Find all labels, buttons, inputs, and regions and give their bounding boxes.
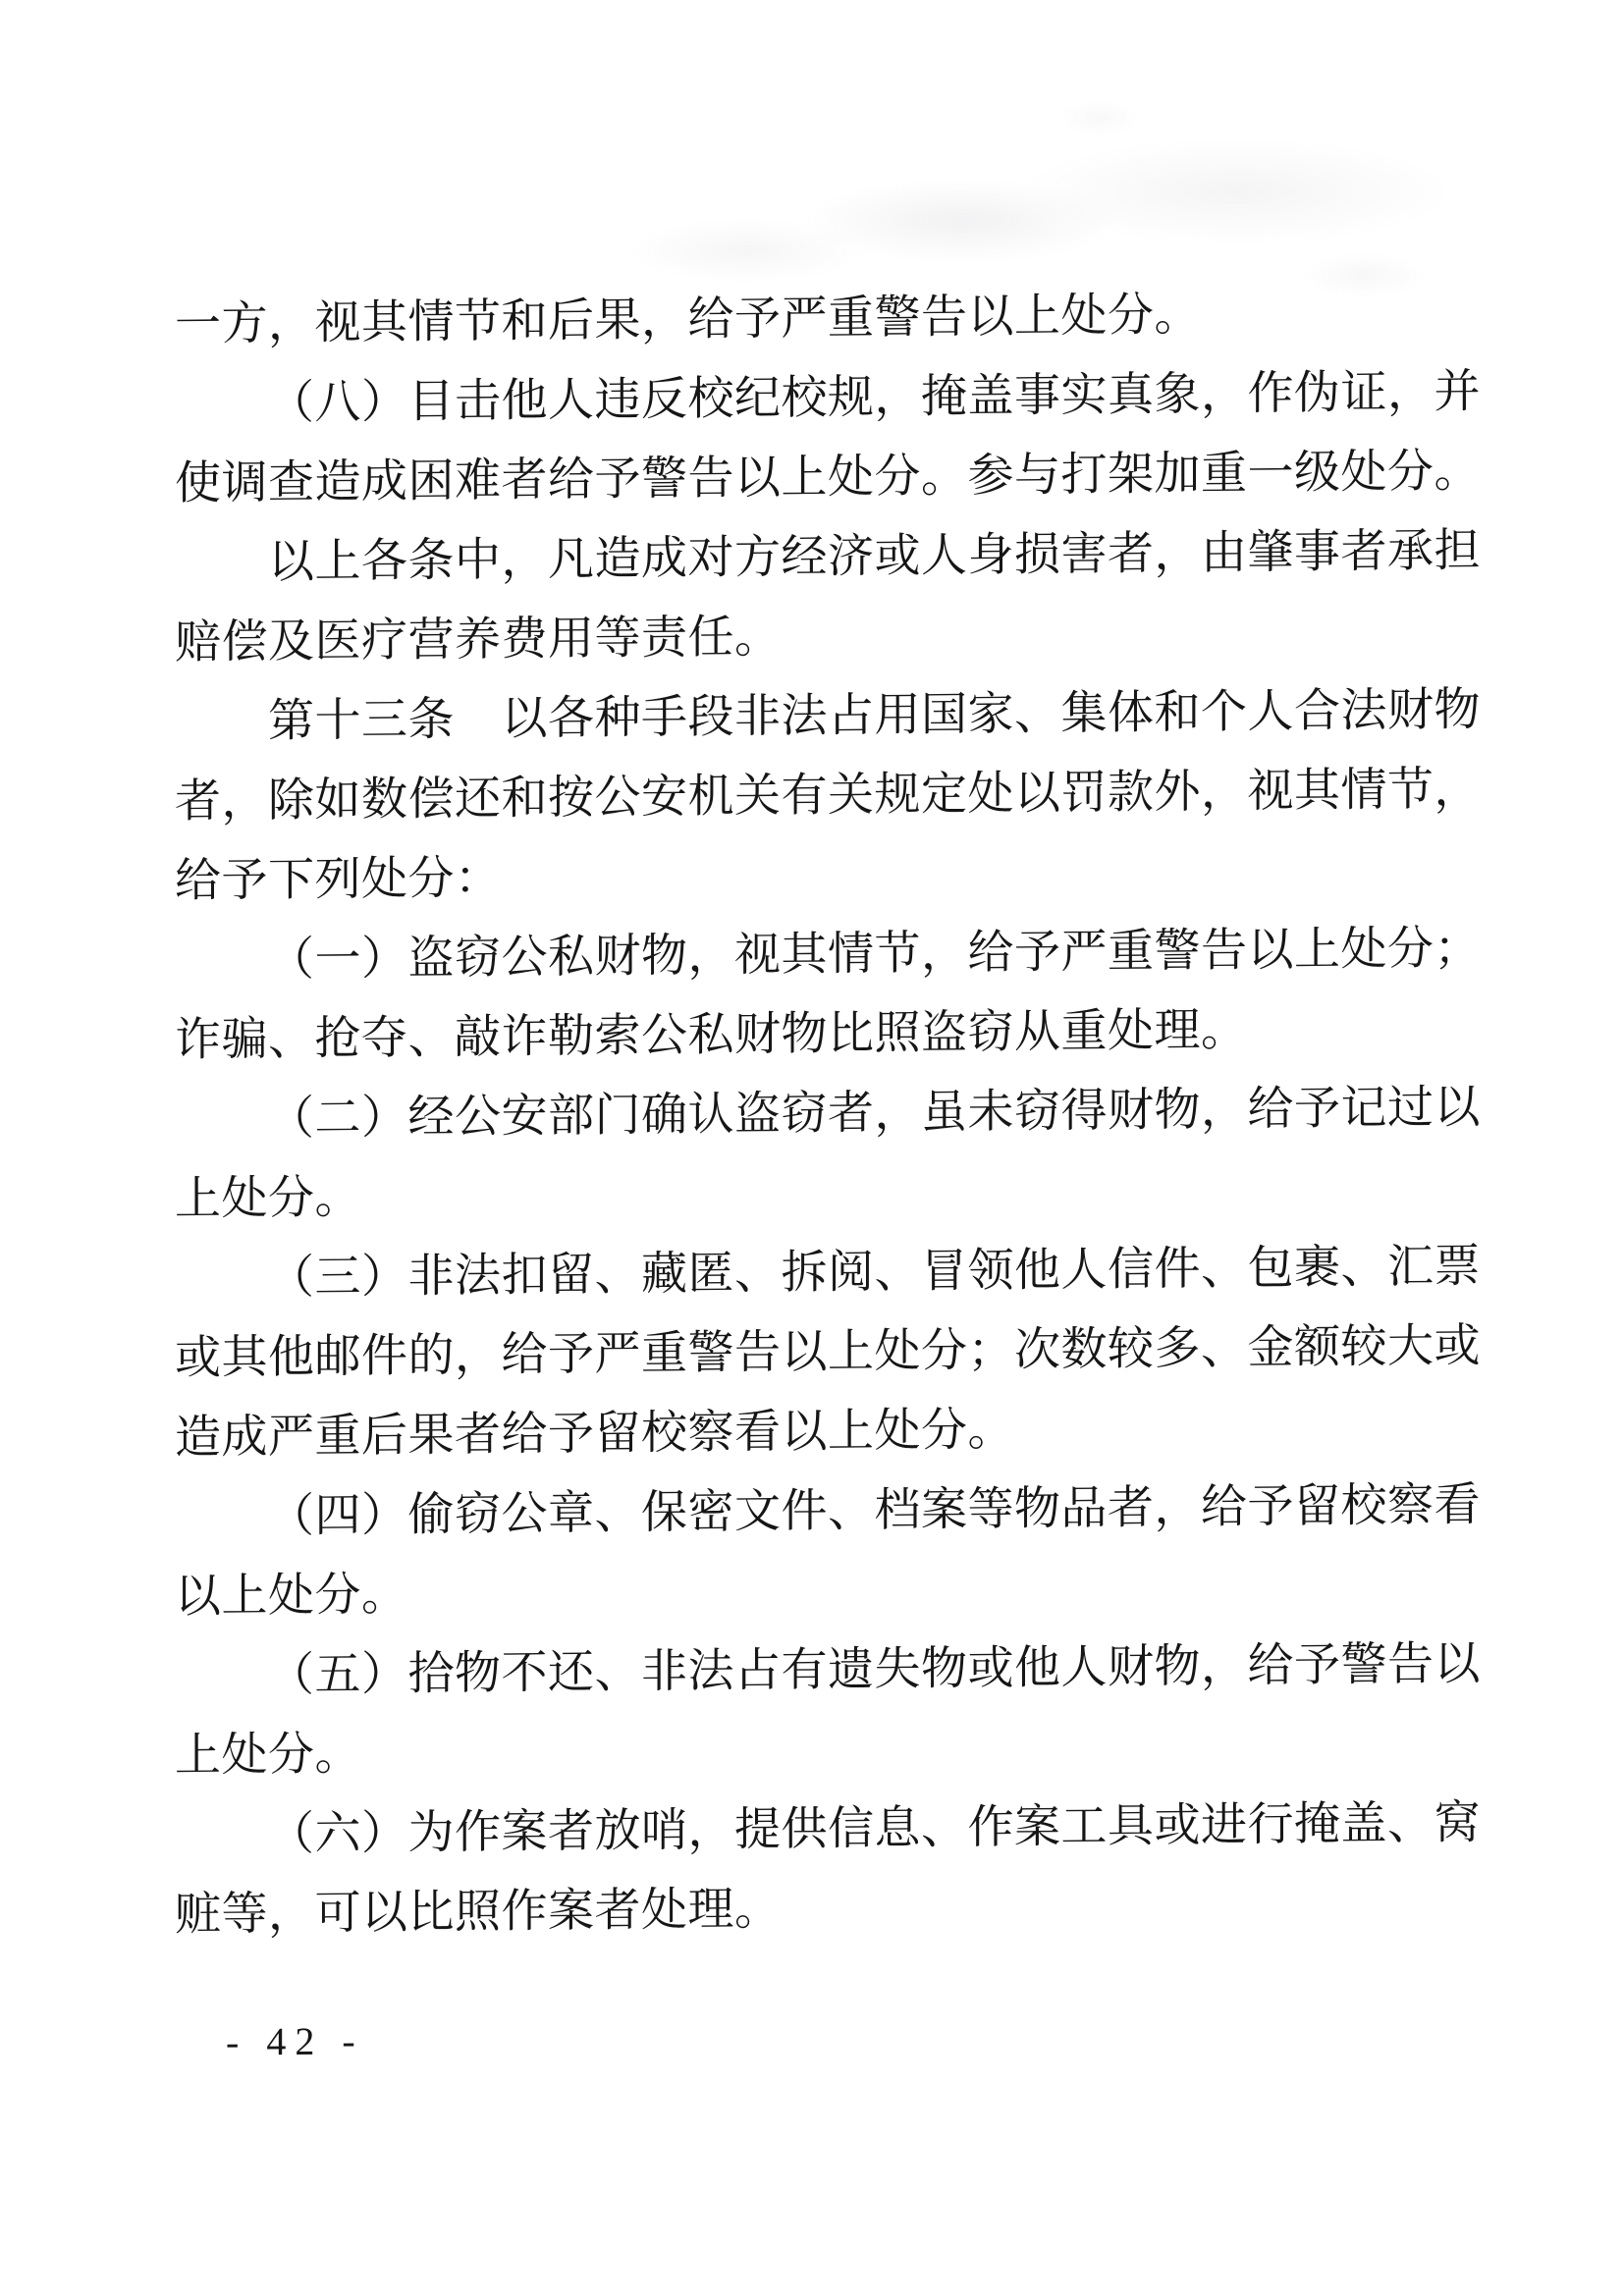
text-line: （五）拾物不还、非法占有遗失物或他人财物，给予警告以 xyxy=(175,1625,1473,1717)
text-line: 诈骗、抢夺、敲诈勒索公私财物比照盗窃从重处理。 xyxy=(175,988,1473,1081)
document-body: 一方，视其情节和后果，给予严重警告以上处分。（八）目击他人违反校纪校规，掩盖事实… xyxy=(175,273,1473,1955)
text-line: 以上处分。 xyxy=(175,1545,1473,1637)
text-line: 赔偿及医疗营养费用等责任。 xyxy=(175,591,1473,683)
text-line: 以上各条中，凡造成对方经济或人身损害者，由肇事者承担 xyxy=(175,511,1473,604)
document-page: 一方，视其情节和后果，给予严重警告以上处分。（八）目击他人违反校纪校规，掩盖事实… xyxy=(0,0,1623,2296)
text-line: 上处分。 xyxy=(175,1148,1473,1240)
text-line: 上处分。 xyxy=(175,1704,1473,1796)
text-line: 或其他邮件的，给予严重警告以上处分；次数较多、金额较大或 xyxy=(175,1307,1473,1399)
text-line: 给予下列处分： xyxy=(175,829,1473,922)
text-line: 造成严重后果者给予留校察看以上处分。 xyxy=(175,1386,1473,1478)
page-number: - 42 - xyxy=(226,2017,364,2064)
text-line: （三）非法扣留、藏匿、拆阅、冒领他人信件、包裹、汇票 xyxy=(175,1227,1473,1319)
text-line: 一方，视其情节和后果，给予严重警告以上处分。 xyxy=(175,273,1473,365)
text-line: （八）目击他人违反校纪校规，掩盖事实真象，作伪证，并 xyxy=(175,352,1473,445)
text-line: （二）经公安部门确认盗窃者，虽未窃得财物，给予记过以 xyxy=(175,1068,1473,1160)
text-line: （六）为作案者放哨，提供信息、作案工具或进行掩盖、窝 xyxy=(175,1784,1473,1876)
text-line: （一）盗窃公私财物，视其情节，给予严重警告以上处分； xyxy=(175,909,1473,1001)
text-line: 赃等，可以比照作案者处理。 xyxy=(175,1863,1473,1955)
text-line: 使调查造成困难者给予警告以上处分。参与打架加重一级处分。 xyxy=(175,432,1473,524)
text-line: 者，除如数偿还和按公安机关有关规定处以罚款外，视其情节， xyxy=(175,750,1473,842)
text-line: （四）偷窃公章、保密文件、档案等物品者，给予留校察看 xyxy=(175,1466,1473,1558)
text-line: 第十三条 以各种手段非法占用国家、集体和个人合法财物 xyxy=(175,670,1473,763)
